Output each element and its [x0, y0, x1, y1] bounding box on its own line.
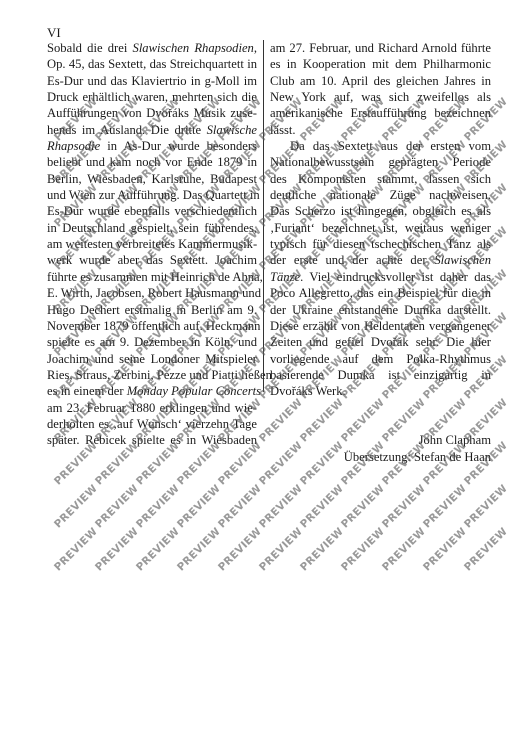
text-line: beliebt und kam noch vor Ende 1879 in	[47, 154, 257, 170]
italic-title: Slawische	[207, 123, 257, 137]
watermark-text: PREVIEW	[257, 483, 305, 531]
text-line: der Ukraine entstandene Dumka darstellt.	[270, 302, 491, 318]
text-line: Dvořáks Werk.	[270, 383, 491, 399]
text-line: Joachim und seine Londoner Mitspieler	[47, 351, 257, 367]
left-text-column: Sobald die drei Slawischen Rhapsodien,Op…	[47, 40, 257, 449]
watermark-text: PREVIEW	[93, 483, 141, 531]
watermark-text: PREVIEW	[52, 526, 100, 574]
text-line: am 27. Februar, und Richard Arnold führt…	[270, 40, 491, 56]
text-line: Zeiten und gefiel Dvořák sehr. Die hier	[270, 334, 491, 350]
watermark-text: PREVIEW	[339, 526, 387, 574]
watermark-text: PREVIEW	[462, 526, 510, 574]
watermark-text: PREVIEW	[339, 483, 387, 531]
blank-line	[270, 400, 491, 416]
text-line: November 1879 öffentlich auf. Heckmann	[47, 318, 257, 334]
text-line: Diese erzählt von Heldentaten vergangene…	[270, 318, 491, 334]
text-line: am weitesten verbreitetes Kammermusik-	[47, 236, 257, 252]
column-divider	[263, 40, 264, 392]
text-line: Das Scherzo ist hingegen, obgleich es al…	[270, 203, 491, 219]
text-line: Es-Dur wurde ebenfalls verschiedentlich	[47, 203, 257, 219]
text-line: Sobald die drei Slawischen Rhapsodien,	[47, 40, 257, 56]
text-line: es in Kooperation mit dem Philharmonic	[270, 56, 491, 72]
watermark-text: PREVIEW	[421, 526, 469, 574]
text-line: am 23. Februar 1880 erklingen und wie-	[47, 400, 257, 416]
text-line: später. Rebicek spielte es in Wiesbaden	[47, 432, 257, 448]
text-line: Poco Allegretto, das ein Beispiel für di…	[270, 285, 491, 301]
watermark-text: PREVIEW	[462, 483, 510, 531]
italic-title: Tänze	[270, 270, 300, 284]
text-line: Hugo Dechert erstmalig in Berlin am 9.	[47, 302, 257, 318]
text-line: Op. 45, das Sextett, das Streichquartett…	[47, 56, 257, 72]
page-number: VI	[47, 25, 61, 41]
text-line: führte es zusammen mit Heinrich de Ahna,	[47, 269, 257, 285]
watermark-text: PREVIEW	[175, 483, 223, 531]
italic-title: Rhapsodie	[47, 139, 100, 153]
text-line: Berlin, Wiesbaden, Karlsruhe, Budapest	[47, 171, 257, 187]
text-line: Ries, Straus, Zerbini, Pezze und Piatti …	[47, 367, 257, 383]
text-line: vorliegende auf dem Polka-Rhythmus	[270, 351, 491, 367]
watermark-text: PREVIEW	[298, 483, 346, 531]
italic-title: Slawischen Rhapsodien	[133, 41, 254, 55]
watermark-text: PREVIEW	[52, 483, 100, 531]
text-line: der erste und der achte der Slawischen	[270, 252, 491, 268]
text-line: New York auf, was sich zweifellos als	[270, 89, 491, 105]
text-line: werk wurde aber das Sextett. Joachim	[47, 252, 257, 268]
watermark-text: PREVIEW	[421, 483, 469, 531]
text-line: derholten es ‚auf Wunsch‘ vierzehn Tage	[47, 416, 257, 432]
watermark-text: PREVIEW	[380, 526, 428, 574]
text-line: E. Wirth, Jacobsen, Robert Hausmann und	[47, 285, 257, 301]
watermark-text: PREVIEW	[216, 526, 264, 574]
italic-title: Monday Popular Concerts	[127, 384, 261, 398]
text-line: in Deutschland gespielt, sein führendes,	[47, 220, 257, 236]
watermark-text: PREVIEW	[380, 483, 428, 531]
text-line: ‚Furiant‘ bezeichnet ist, weitaus wenige…	[270, 220, 491, 236]
text-line: es in einem der Monday Popular Concerts	[47, 383, 257, 399]
text-line: des Komponisten stammt, lassen sich	[270, 171, 491, 187]
blank-line	[270, 416, 491, 432]
text-line: deutliche nationale Züge nachweisen.	[270, 187, 491, 203]
watermark-text: PREVIEW	[134, 526, 182, 574]
text-line: Es-Dur und das Klaviertrio in g-Moll im	[47, 73, 257, 89]
watermark-text: PREVIEW	[93, 526, 141, 574]
text-line: Nationalbewusstsein geprägten Periode	[270, 154, 491, 170]
watermark-text: PREVIEW	[175, 526, 223, 574]
watermark-text: PREVIEW	[216, 483, 264, 531]
text-line: Club am 10. April des gleichen Jahres in	[270, 73, 491, 89]
translator-credit: Übersetzung: Stefan de Haan	[270, 449, 491, 465]
text-line: lässt.	[270, 122, 491, 138]
text-line: Tänze. Viel eindrucksvoller ist daher da…	[270, 269, 491, 285]
text-line: basierende Dumka ist einzigartig in	[270, 367, 491, 383]
watermark-text: PREVIEW	[298, 526, 346, 574]
text-line: Da das Sextett aus der ersten vom	[270, 138, 491, 154]
text-line: spielte es am 9. Dezember in Köln, und	[47, 334, 257, 350]
text-line: typisch für diesen tschechischen Tanz al…	[270, 236, 491, 252]
text-line: Druck erhältlich waren, mehrten sich die	[47, 89, 257, 105]
right-text-column: am 27. Februar, und Richard Arnold führt…	[270, 40, 491, 465]
text-line: amerikanische Erstaufführung bezeichnen	[270, 105, 491, 121]
text-line: Aufführungen von Dvořáks Musik zuse-	[47, 105, 257, 121]
text-line: hends im Ausland. Die dritte Slawische	[47, 122, 257, 138]
author-name: John Clapham	[270, 432, 491, 448]
watermark-text: PREVIEW	[134, 483, 182, 531]
italic-title: Slawischen	[434, 253, 491, 267]
text-line: und Wien zur Aufführung. Das Quartett in	[47, 187, 257, 203]
text-line: Rhapsodie in As-Dur wurde besonders	[47, 138, 257, 154]
watermark-text: PREVIEW	[257, 526, 305, 574]
